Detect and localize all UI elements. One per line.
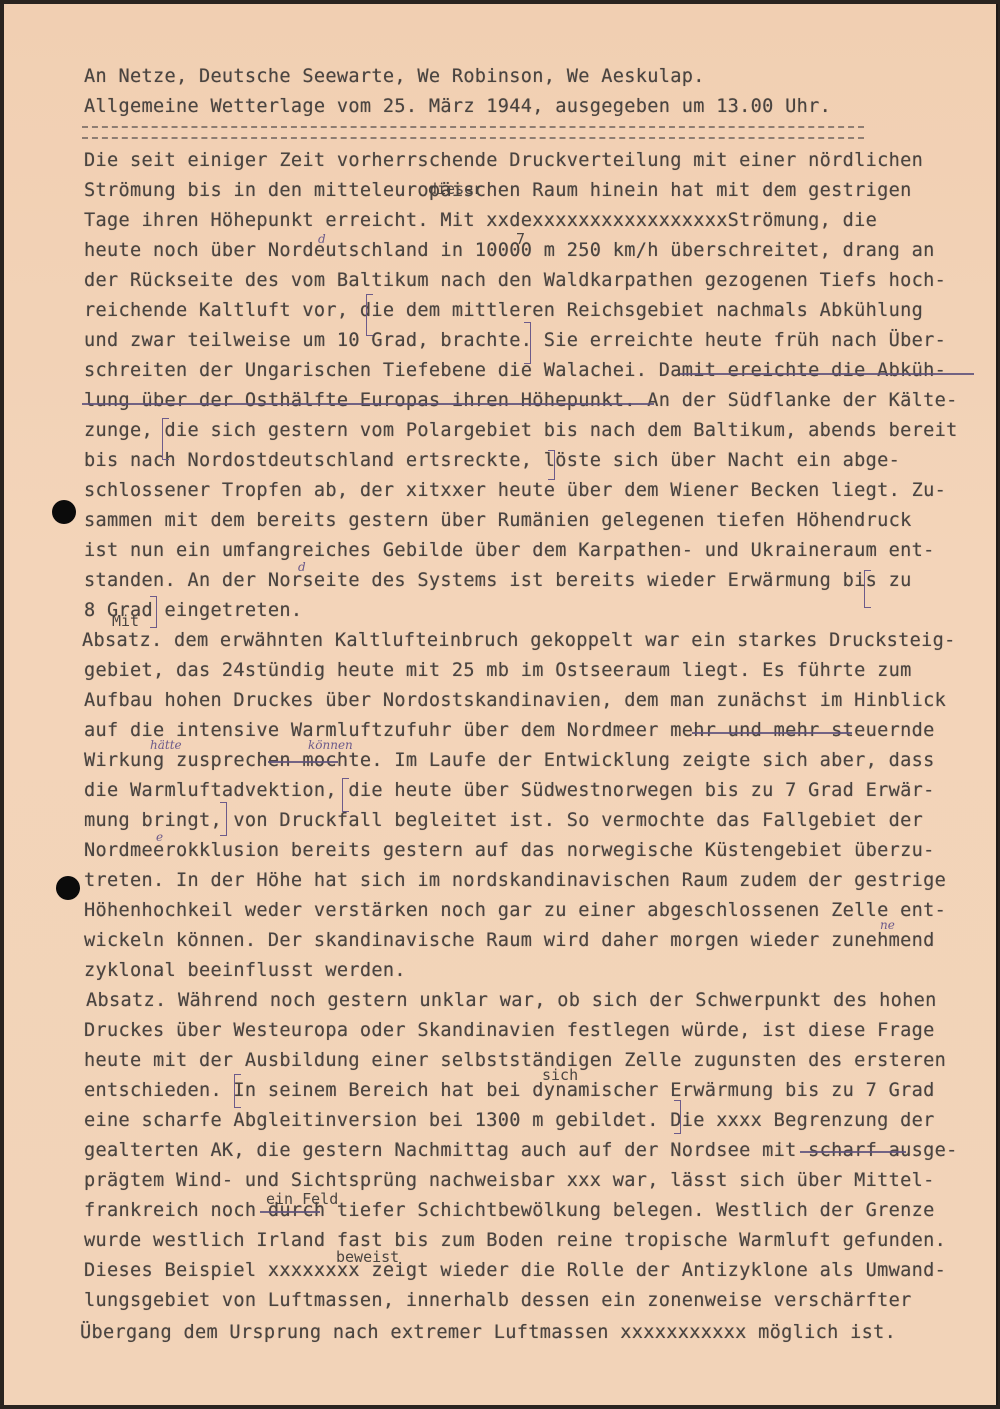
text-line: Absatz. Während noch gestern unklar war,…	[86, 990, 937, 1011]
document-title: Allgemeine Wetterlage vom 25. März 1944,…	[84, 96, 831, 117]
strikethrough	[680, 373, 974, 375]
text-line: schreiten der Ungarischen Tiefebene die …	[84, 360, 946, 381]
edit-bracket	[674, 1100, 681, 1134]
strikethrough	[692, 732, 852, 734]
text-line: eine scharfe Abgleitinversion bei 1300 m…	[84, 1110, 935, 1131]
text-line: Wirkung zusprechen mochte. Im Laufe der …	[84, 750, 935, 771]
text-line: heute mit der Ausbildung einer selbststä…	[84, 1050, 946, 1071]
text-line: auf die intensive Warmluftzufuhr über de…	[84, 720, 935, 741]
text-line: Absatz. dem erwähnten Kaltlufteinbruch g…	[82, 630, 956, 651]
strikethrough	[800, 1151, 906, 1153]
text-line: mung bringt, von Druckfall begleitet ist…	[84, 810, 923, 831]
separator-rule	[82, 126, 864, 139]
edit-bracket	[234, 1074, 241, 1108]
text-line: reichende Kaltluft vor, die dem mittlere…	[84, 300, 923, 321]
text-line: frankreich noch durch tiefer Schichtbewö…	[84, 1200, 935, 1221]
text-line: Strömung bis in den mitteleuropäischen R…	[84, 180, 912, 201]
edit-bracket	[162, 418, 169, 460]
text-line: wurde westlich Irland fast bis zum Boden…	[84, 1230, 946, 1251]
text-line: Nordmeerokklusion bereits gestern auf da…	[84, 840, 935, 861]
text-line: entschieden. In seinem Bereich hat bei d…	[84, 1080, 935, 1101]
text-line: prägtem Wind- und Sichtsprüng nachweisba…	[84, 1170, 935, 1191]
text-line: und zwar teilweise um 10 Grad, brachte. …	[84, 330, 946, 351]
recipients-line: An Netze, Deutsche Seewarte, We Robinson…	[84, 66, 705, 87]
strikethrough	[82, 403, 654, 405]
text-line: gebiet, das 24stündig heute mit 25 mb im…	[84, 660, 912, 681]
edit-bracket	[524, 322, 531, 364]
text-line: Übergang dem Ursprung nach extremer Luft…	[80, 1322, 896, 1343]
edit-bracket	[548, 450, 555, 480]
edit-bracket	[220, 802, 227, 836]
text-line: lung über der Osthälfte Europas ihren Hö…	[84, 390, 958, 411]
edit-bracket	[864, 570, 871, 608]
text-line: Höhenhochkeil weder verstärken noch gar …	[84, 900, 946, 921]
text-line: ist nun ein umfangreiches Gebilde über d…	[84, 540, 935, 561]
punch-hole	[52, 500, 76, 524]
text-line: Druckes über Westeuropa oder Skandinavie…	[84, 1020, 935, 1041]
strikethrough	[260, 1211, 320, 1213]
text-line: heute noch über Nordeutschland in 10000 …	[84, 240, 935, 261]
text-line: Dieses Beispiel xxxxxxxx zeigt wieder di…	[84, 1260, 946, 1281]
text-line: Aufbau hohen Druckes über Nordostskandin…	[84, 690, 946, 711]
text-line: lungsgebiet von Luftmassen, innerhalb de…	[84, 1290, 912, 1311]
text-line: Die seit einiger Zeit vorherrschende Dru…	[84, 150, 923, 171]
strikethrough	[268, 761, 338, 763]
edit-bracket	[150, 596, 157, 628]
text-line: bis nach Nordostdeutschland ertsreckte, …	[84, 450, 900, 471]
punch-hole	[56, 876, 80, 900]
text-line: treten. In der Höhe hat sich im nordskan…	[84, 870, 946, 891]
text-line: zyklonal beeinflusst werden.	[84, 960, 406, 981]
text-line: wickeln können. Der skandinavische Raum …	[84, 930, 935, 951]
text-line: der Rückseite des vom Baltikum nach den …	[84, 270, 946, 291]
text-line: 8 Grad eingetreten.	[84, 600, 302, 621]
text-line: zunge, die sich gestern vom Polargebiet …	[84, 420, 958, 441]
edit-bracket	[366, 294, 373, 336]
text-line: standen. An der Norseite des Systems ist…	[84, 570, 912, 591]
text-line: Tage ihren Höhepunkt erreicht. Mit xxdex…	[84, 210, 877, 231]
typewritten-page: An Netze, Deutsche Seewarte, We Robinson…	[4, 4, 998, 1405]
edit-bracket	[342, 778, 349, 812]
text-line: die Warmluftadvektion, die heute über Sü…	[84, 780, 935, 801]
text-line: sammen mit dem bereits gestern über Rumä…	[84, 510, 912, 531]
text-line: schlossener Tropfen ab, der xitxxer heut…	[84, 480, 946, 501]
